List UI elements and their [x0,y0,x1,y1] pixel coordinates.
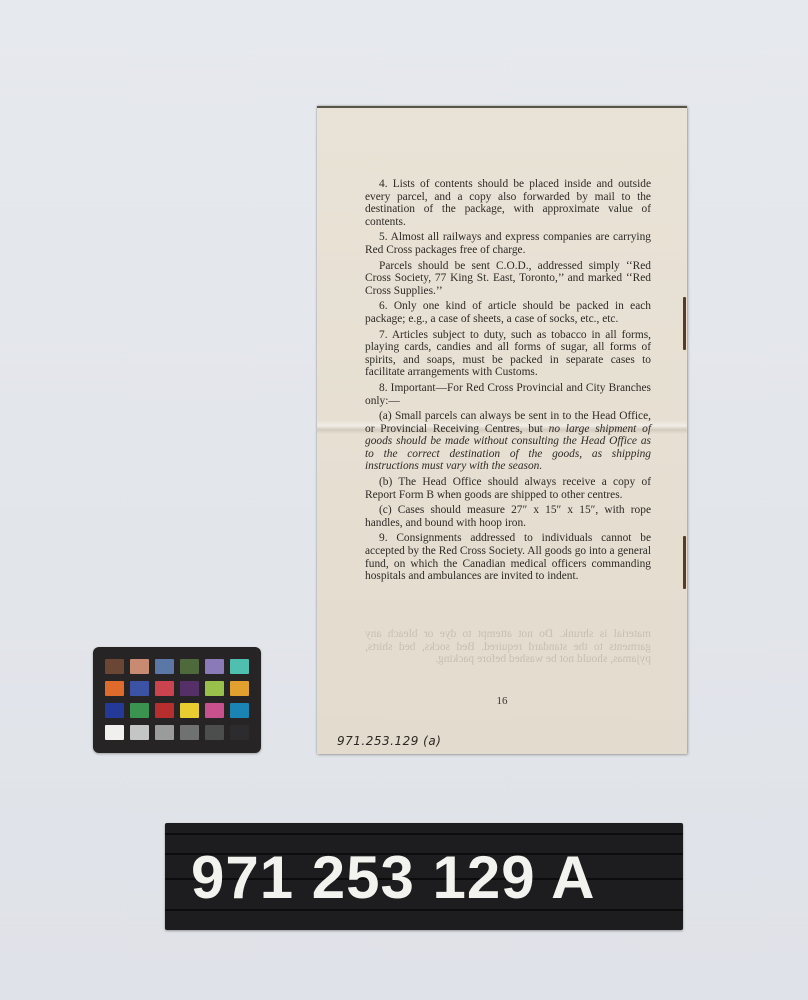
color-swatch [180,703,199,718]
handwritten-catalog-number: 971.253.129 (a) [337,734,441,748]
color-swatch [105,703,124,718]
paragraph-p8a: (a) Small parcels can always be sent in … [365,410,651,473]
paragraph-p5b: Parcels should be sent C.O.D., addressed… [365,260,651,298]
color-swatch [205,703,224,718]
paragraph-p7: 7. Articles subject to duty, such as tob… [365,329,651,379]
paragraph-text: (b) The Head Office should always receiv… [365,476,651,501]
color-swatch [230,659,249,674]
color-checker-card [93,647,261,753]
color-swatch [205,659,224,674]
color-swatch [130,659,149,674]
paragraph-text: (c) Cases should measure 27″ x 15″ x 15″… [365,504,651,529]
plaque-groove [165,833,683,835]
paragraph-text: 9. Consignments addressed to individuals… [365,532,651,582]
color-swatch [155,659,174,674]
color-swatch [205,725,224,740]
paragraph-text: 4. Lists of contents should be placed in… [365,178,651,228]
color-swatch [105,681,124,696]
color-swatch [180,659,199,674]
document-body: 4. Lists of contents should be placed in… [365,178,651,586]
color-swatch [130,725,149,740]
color-swatch [155,725,174,740]
color-swatch [130,681,149,696]
paragraph-p8b: (b) The Head Office should always receiv… [365,476,651,501]
paragraph-text: 6. Only one kind of article should be pa… [365,300,651,325]
paragraph-p4: 4. Lists of contents should be placed in… [365,178,651,228]
paragraph-p5: 5. Almost all railways and express compa… [365,231,651,256]
paragraph-text: 8. Important—For Red Cross Provincial an… [365,382,651,407]
paragraph-p9: 9. Consignments addressed to individuals… [365,532,651,582]
paragraph-text: 7. Articles subject to duty, such as tob… [365,329,651,379]
staple-bottom [683,536,686,589]
color-swatch [230,681,249,696]
booklet-page: material is shrunk. Do not attempt to dy… [317,106,687,754]
accession-number-plaque: 971 253 129 A [165,823,683,930]
paragraph-p6: 6. Only one kind of article should be pa… [365,300,651,325]
page-number: 16 [317,695,687,707]
color-swatch [130,703,149,718]
color-swatch [180,681,199,696]
color-swatch [205,681,224,696]
paragraph-p8: 8. Important—For Red Cross Provincial an… [365,382,651,407]
color-swatch [230,703,249,718]
color-swatch [155,681,174,696]
color-swatch [230,725,249,740]
paragraph-text: 5. Almost all railways and express compa… [365,231,651,256]
color-swatch [105,659,124,674]
color-swatch [155,703,174,718]
paragraph-text: Parcels should be sent C.O.D., addressed… [365,260,651,297]
staple-top [683,297,686,350]
bleed-through-text: material is shrunk. Do not attempt to dy… [365,628,651,666]
accession-number: 971 253 129 A [191,843,595,913]
paragraph-p8c: (c) Cases should measure 27″ x 15″ x 15″… [365,504,651,529]
color-swatch [105,725,124,740]
color-swatch-grid [105,659,249,740]
color-swatch [180,725,199,740]
